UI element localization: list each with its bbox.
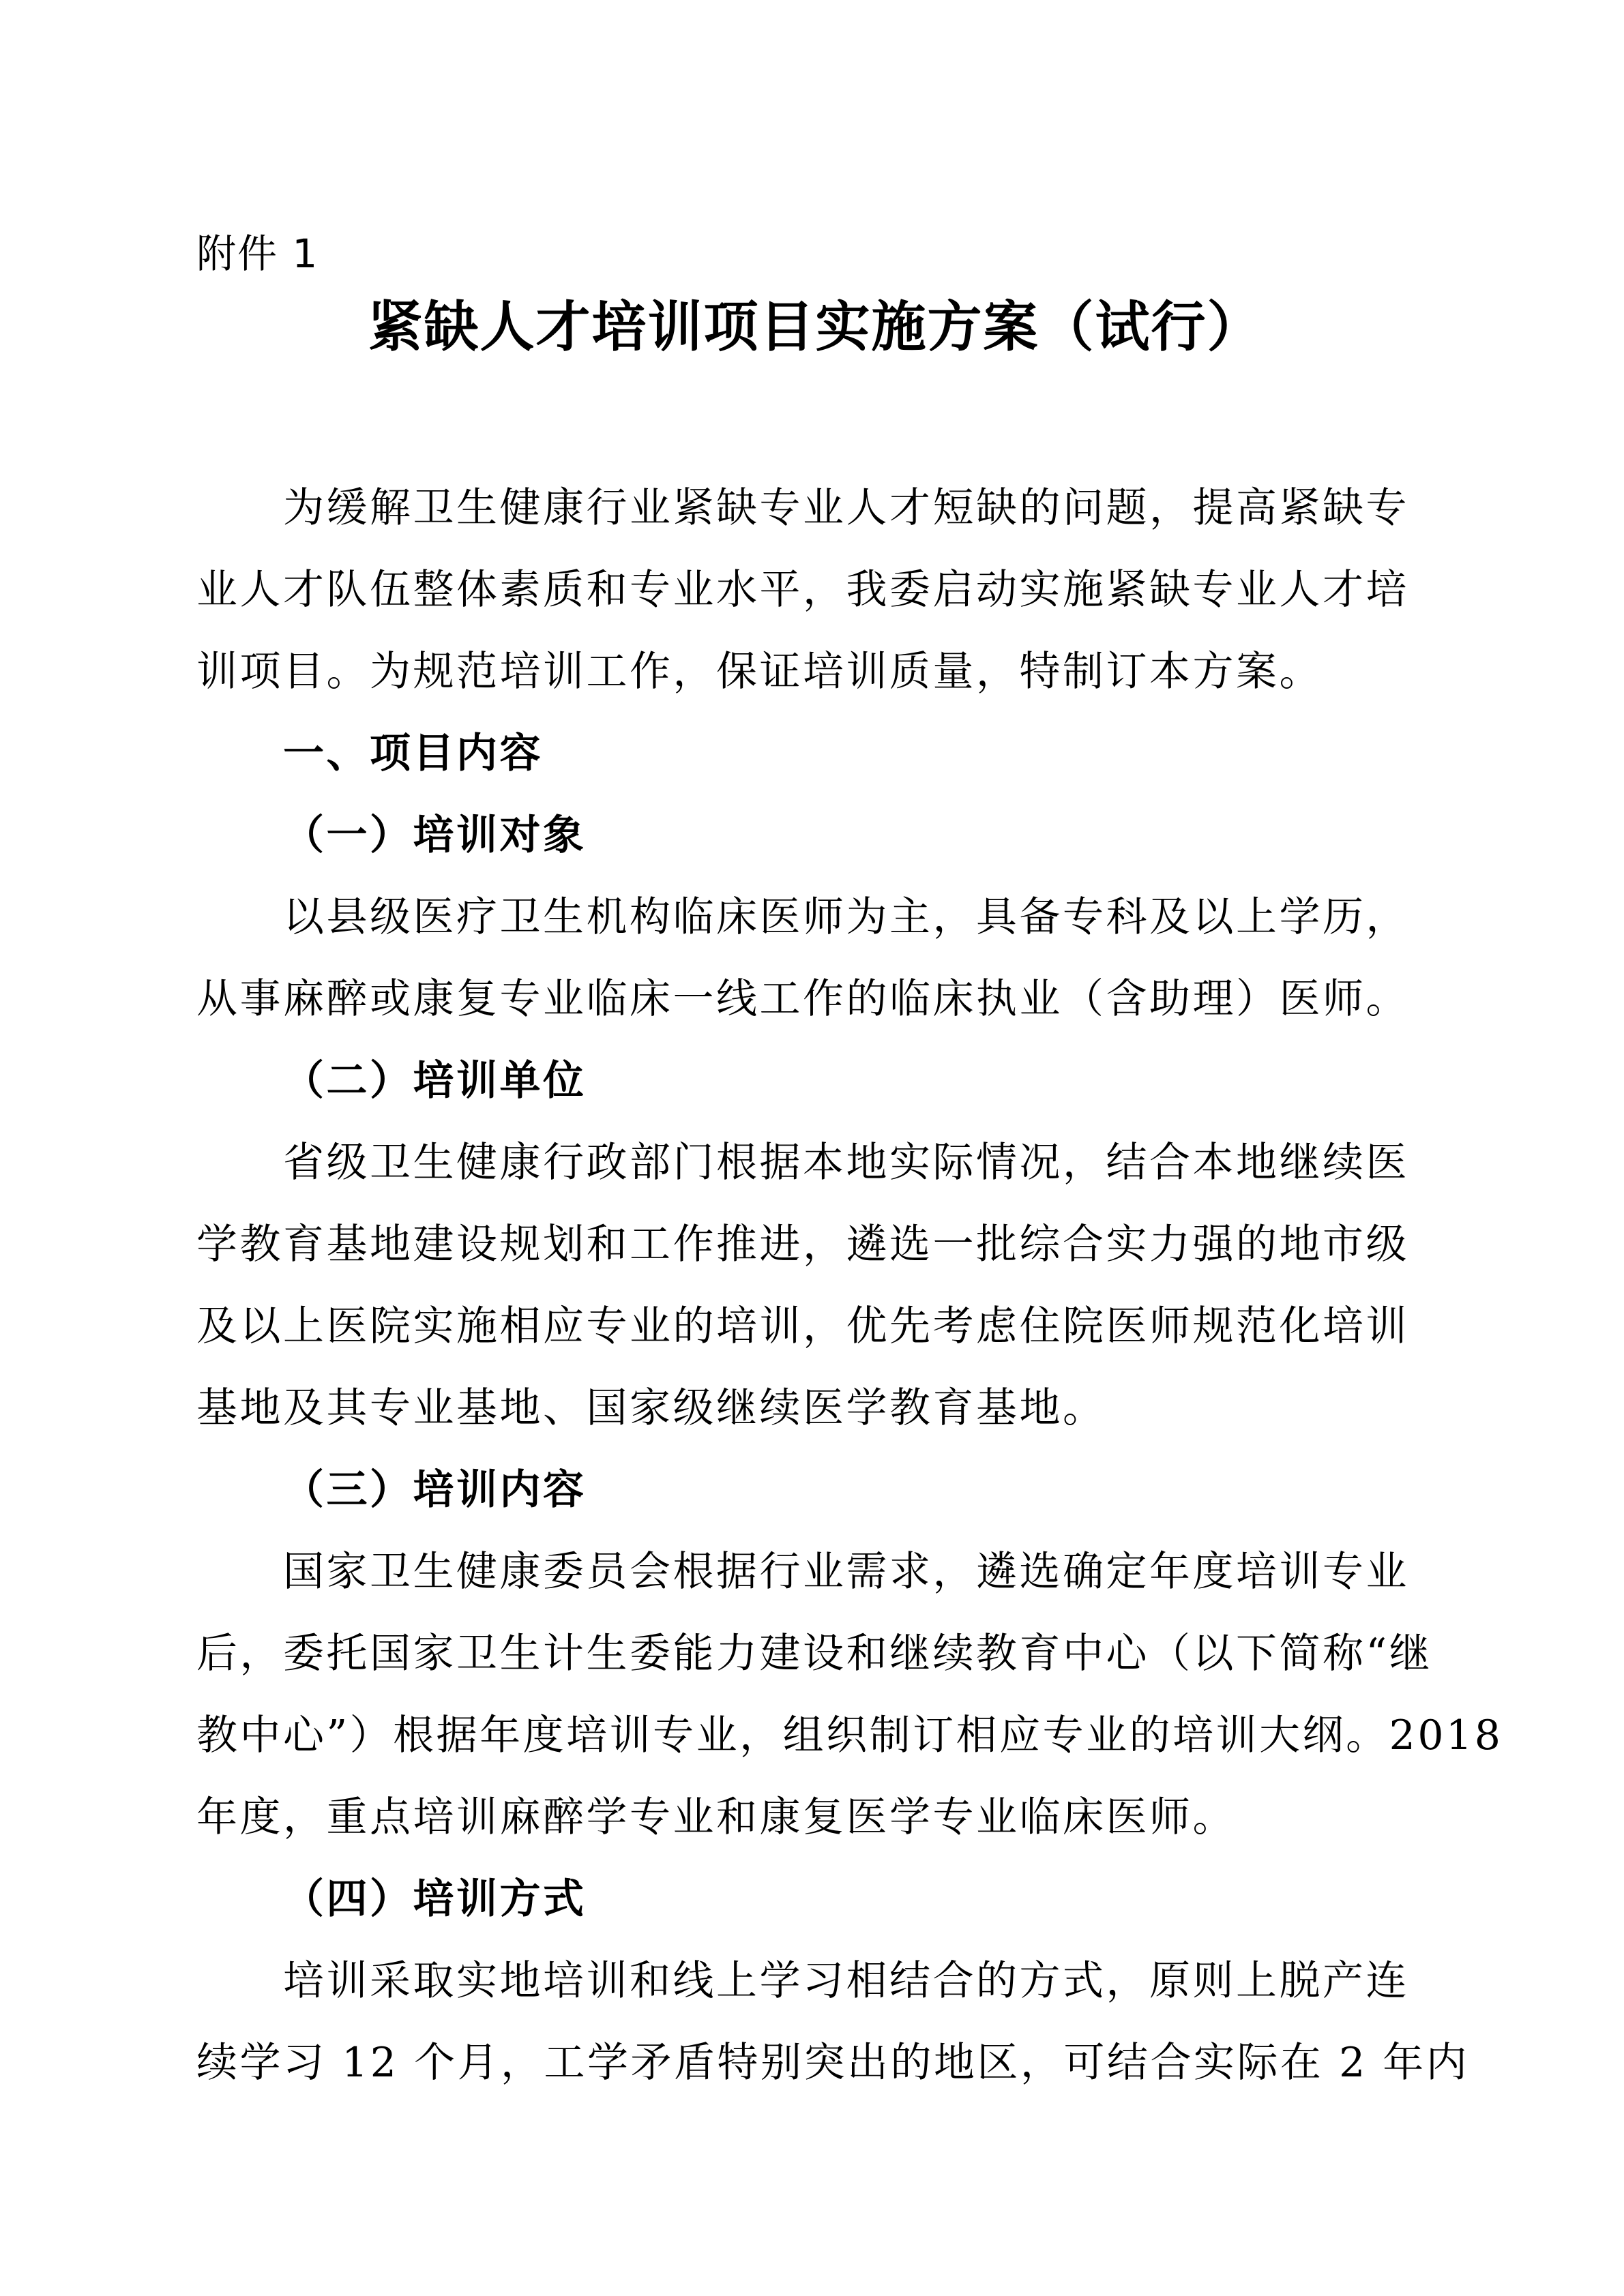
paragraph-line: 后，委托国家卫生计生委能力建设和继续教育中心（以下简称“继	[196, 1613, 1438, 1695]
intro-paragraph: 为缓解卫生健康行业紧缺专业人才短缺的问题，提高紧缺专 业人才队伍整体素质和专业水…	[196, 467, 1438, 713]
document-page: 附件 1 紧缺人才培训项目实施方案（试行） 为缓解卫生健康行业紧缺专业人才短缺的…	[0, 0, 1624, 2296]
paragraph-line: 国家卫生健康委员会根据行业需求，遴选确定年度培训专业	[196, 1531, 1438, 1613]
attachment-label: 附件 1	[196, 226, 319, 281]
subsection-heading: （三）培训内容	[196, 1449, 1438, 1531]
paragraph-line: 以县级医疗卫生机构临床医师为主，具备专科及以上学历，	[196, 876, 1438, 958]
subsection-heading: （二）培训单位	[196, 1040, 1438, 1122]
paragraph-line: 及以上医院实施相应专业的培训，优先考虑住院医师规范化培训	[196, 1285, 1438, 1367]
document-title: 紧缺人才培训项目实施方案（试行）	[0, 290, 1624, 365]
paragraph-line: 培训采取实地培训和线上学习相结合的方式，原则上脱产连	[196, 1940, 1438, 2022]
document-body: 为缓解卫生健康行业紧缺专业人才短缺的问题，提高紧缺专 业人才队伍整体素质和专业水…	[196, 467, 1438, 2104]
paragraph-line: 省级卫生健康行政部门根据本地实际情况，结合本地继续医	[196, 1122, 1438, 1204]
subsection-training-content: （三）培训内容 国家卫生健康委员会根据行业需求，遴选确定年度培训专业 后，委托国…	[196, 1449, 1438, 1858]
section-heading: 一、项目内容	[196, 713, 1438, 794]
paragraph-line: 基地及其专业基地、国家级继续医学教育基地。	[196, 1367, 1438, 1449]
paragraph-line: 年度，重点培训麻醉学专业和康复医学专业临床医师。	[196, 1776, 1438, 1858]
subsection-training-units: （二）培训单位 省级卫生健康行政部门根据本地实际情况，结合本地继续医 学教育基地…	[196, 1040, 1438, 1449]
subsection-training-targets: （一）培训对象 以县级医疗卫生机构临床医师为主，具备专科及以上学历， 从事麻醉或…	[196, 794, 1438, 1040]
subsection-training-method: （四）培训方式 培训采取实地培训和线上学习相结合的方式，原则上脱产连 续学习 1…	[196, 1858, 1438, 2104]
paragraph-line: 从事麻醉或康复专业临床一线工作的临床执业（含助理）医师。	[196, 958, 1438, 1040]
paragraph-line: 学教育基地建设规划和工作推进，遴选一批综合实力强的地市级	[196, 1204, 1438, 1285]
paragraph-line: 训项目。为规范培训工作，保证培训质量，特制订本方案。	[196, 631, 1438, 713]
paragraph-line: 业人才队伍整体素质和专业水平，我委启动实施紧缺专业人才培	[196, 549, 1438, 631]
paragraph-line: 教中心”）根据年度培训专业，组织制订相应专业的培训大纲。2018	[196, 1695, 1438, 1776]
subsection-heading: （一）培训对象	[196, 794, 1438, 876]
paragraph-line: 续学习 12 个月，工学矛盾特别突出的地区，可结合实际在 2 年内	[196, 2022, 1438, 2104]
subsection-heading: （四）培训方式	[196, 1858, 1438, 1940]
paragraph-line: 为缓解卫生健康行业紧缺专业人才短缺的问题，提高紧缺专	[196, 467, 1438, 549]
